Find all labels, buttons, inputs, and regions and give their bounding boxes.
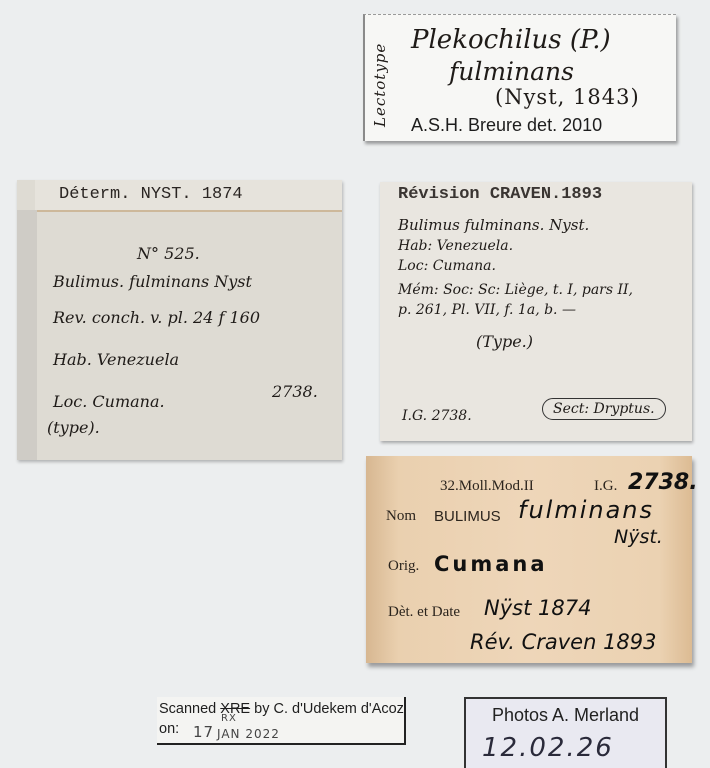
label-header: Révision CRAVEN.1893 [398, 185, 602, 204]
reference-line-2: p. 261, Pl. VII, f. 1a, b. — [398, 302, 576, 318]
species-line: fulminans [449, 57, 574, 86]
museum-catalog-label: 32.Moll.Mod.II I.G. 2738. Nom BULIMUS fu… [366, 456, 692, 663]
habitat-line: Hab. Venezuela [53, 350, 179, 369]
nyst-determination-label: Déterm. NYST. 1874 N° 525. Bulimus. fulm… [17, 180, 342, 460]
orig-value: Cumana [434, 552, 548, 576]
habitat-line: Hab: Venezuela. [398, 238, 513, 254]
scanned-prefix: Scanned [159, 701, 216, 717]
det-label: Dèt. et Date [388, 604, 460, 621]
author-line: (Nyst, 1843) [495, 85, 640, 109]
type-note: (type). [47, 418, 100, 437]
reference-line-1: Mém: Soc: Sc: Liège, t. I, pars II, [398, 282, 633, 298]
species-line: Bulimus fulminans. Nyst. [398, 216, 589, 234]
date-day: 17 [193, 723, 214, 741]
species-line: Bulimus. fulminans Nyst [53, 272, 252, 291]
date-rest: JAN 2022 [217, 727, 280, 741]
author-value: Nÿst. [614, 526, 663, 548]
on-label: on: [159, 721, 179, 737]
scanned-by-label: Scanned XRE by C. d'Udekem d'Acoz on: 17… [157, 697, 406, 745]
determination-text: A.S.H. Breure det. 2010 [411, 115, 602, 136]
photo-date: 12.02.26 [482, 733, 614, 763]
folded-edge [17, 210, 37, 460]
orig-label: Orig. [388, 558, 419, 575]
photo-credit: Photos A. Merland [466, 705, 665, 726]
initials-correction: RX [221, 713, 237, 724]
reference-line: Rev. conch. v. pl. 24 f 160 [53, 308, 260, 327]
breure-determination-label: Lectotype Plekochilus (P.) fulminans (Ny… [363, 14, 676, 141]
ig-number: I.G. 2738. [402, 408, 472, 424]
label-header: Déterm. NYST. 1874 [59, 185, 243, 204]
genus-value: BULIMUS [434, 508, 501, 525]
type-note: (Type.) [476, 332, 533, 351]
scanned-by: by C. d'Udekem d'Acoz [254, 701, 404, 717]
locality-line: Loc. Cumana. [53, 392, 165, 411]
catalog-prefix: 32.Moll.Mod.II [440, 478, 534, 495]
ig-label: I.G. [594, 478, 617, 495]
specimen-number: N° 525. [137, 244, 200, 263]
species-value: fulminans [518, 496, 654, 524]
det-value: Nÿst 1874 [484, 596, 591, 620]
section-stamp: Sect: Dryptus. [542, 398, 666, 420]
craven-revision-label: Révision CRAVEN.1893 Bulimus fulminans. … [380, 182, 692, 441]
revision-value: Rév. Craven 1893 [470, 630, 657, 654]
locality-line: Loc: Cumana. [398, 258, 496, 274]
lectotype-note: Lectotype [371, 37, 389, 127]
genus-line: Plekochilus (P.) [411, 25, 611, 55]
catalog-number: 2738. [272, 382, 318, 401]
nom-label: Nom [386, 508, 416, 525]
scanned-line: Scanned XRE by C. d'Udekem d'Acoz [159, 701, 404, 717]
ig-value: 2738. [628, 470, 698, 495]
photos-credit-label: Photos A. Merland 12.02.26 [464, 697, 667, 768]
